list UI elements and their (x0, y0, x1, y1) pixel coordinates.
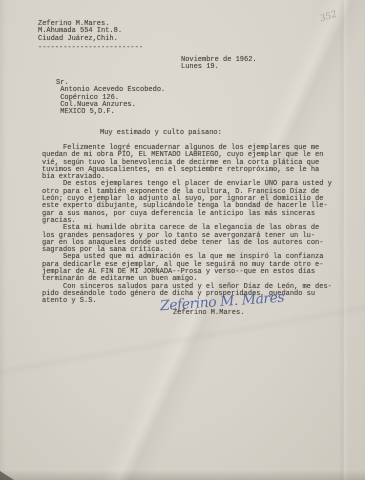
letter-page: 352 Zeferino M.Mares. M.Ahumada 554 Int.… (0, 0, 365, 480)
body-paragraph-4: Sepa usted que mi admiración es la que m… (42, 254, 338, 283)
paper-crease-vertical (338, 0, 348, 480)
scan-corner-shadow (0, 471, 14, 480)
pencil-page-number: 352 (319, 10, 338, 25)
salutation-line: Muy estimado y culto paisano: (100, 130, 222, 137)
date-block: Noviembre de 1962. Lunes 19. (181, 57, 257, 72)
letter-body: Felizmente logré encuadernar algunos de … (42, 145, 338, 306)
recipient-address-block: Sr. Antonio Acevedo Escobedo. Copérnico … (56, 80, 165, 116)
body-paragraph-3: Esta mi humilde obrita carece de la eleg… (42, 225, 338, 254)
body-paragraph-2: De estos ejemplares tengo el placer de e… (42, 181, 338, 225)
typed-signature-name: Zeferino M.Mares. (173, 310, 244, 317)
sender-divider-line: ------------------------- (38, 45, 143, 52)
body-paragraph-1: Felizmente logré encuadernar algunos de … (42, 145, 338, 181)
sender-address-block: Zeferino M.Mares. M.Ahumada 554 Int.8. C… (38, 21, 122, 43)
